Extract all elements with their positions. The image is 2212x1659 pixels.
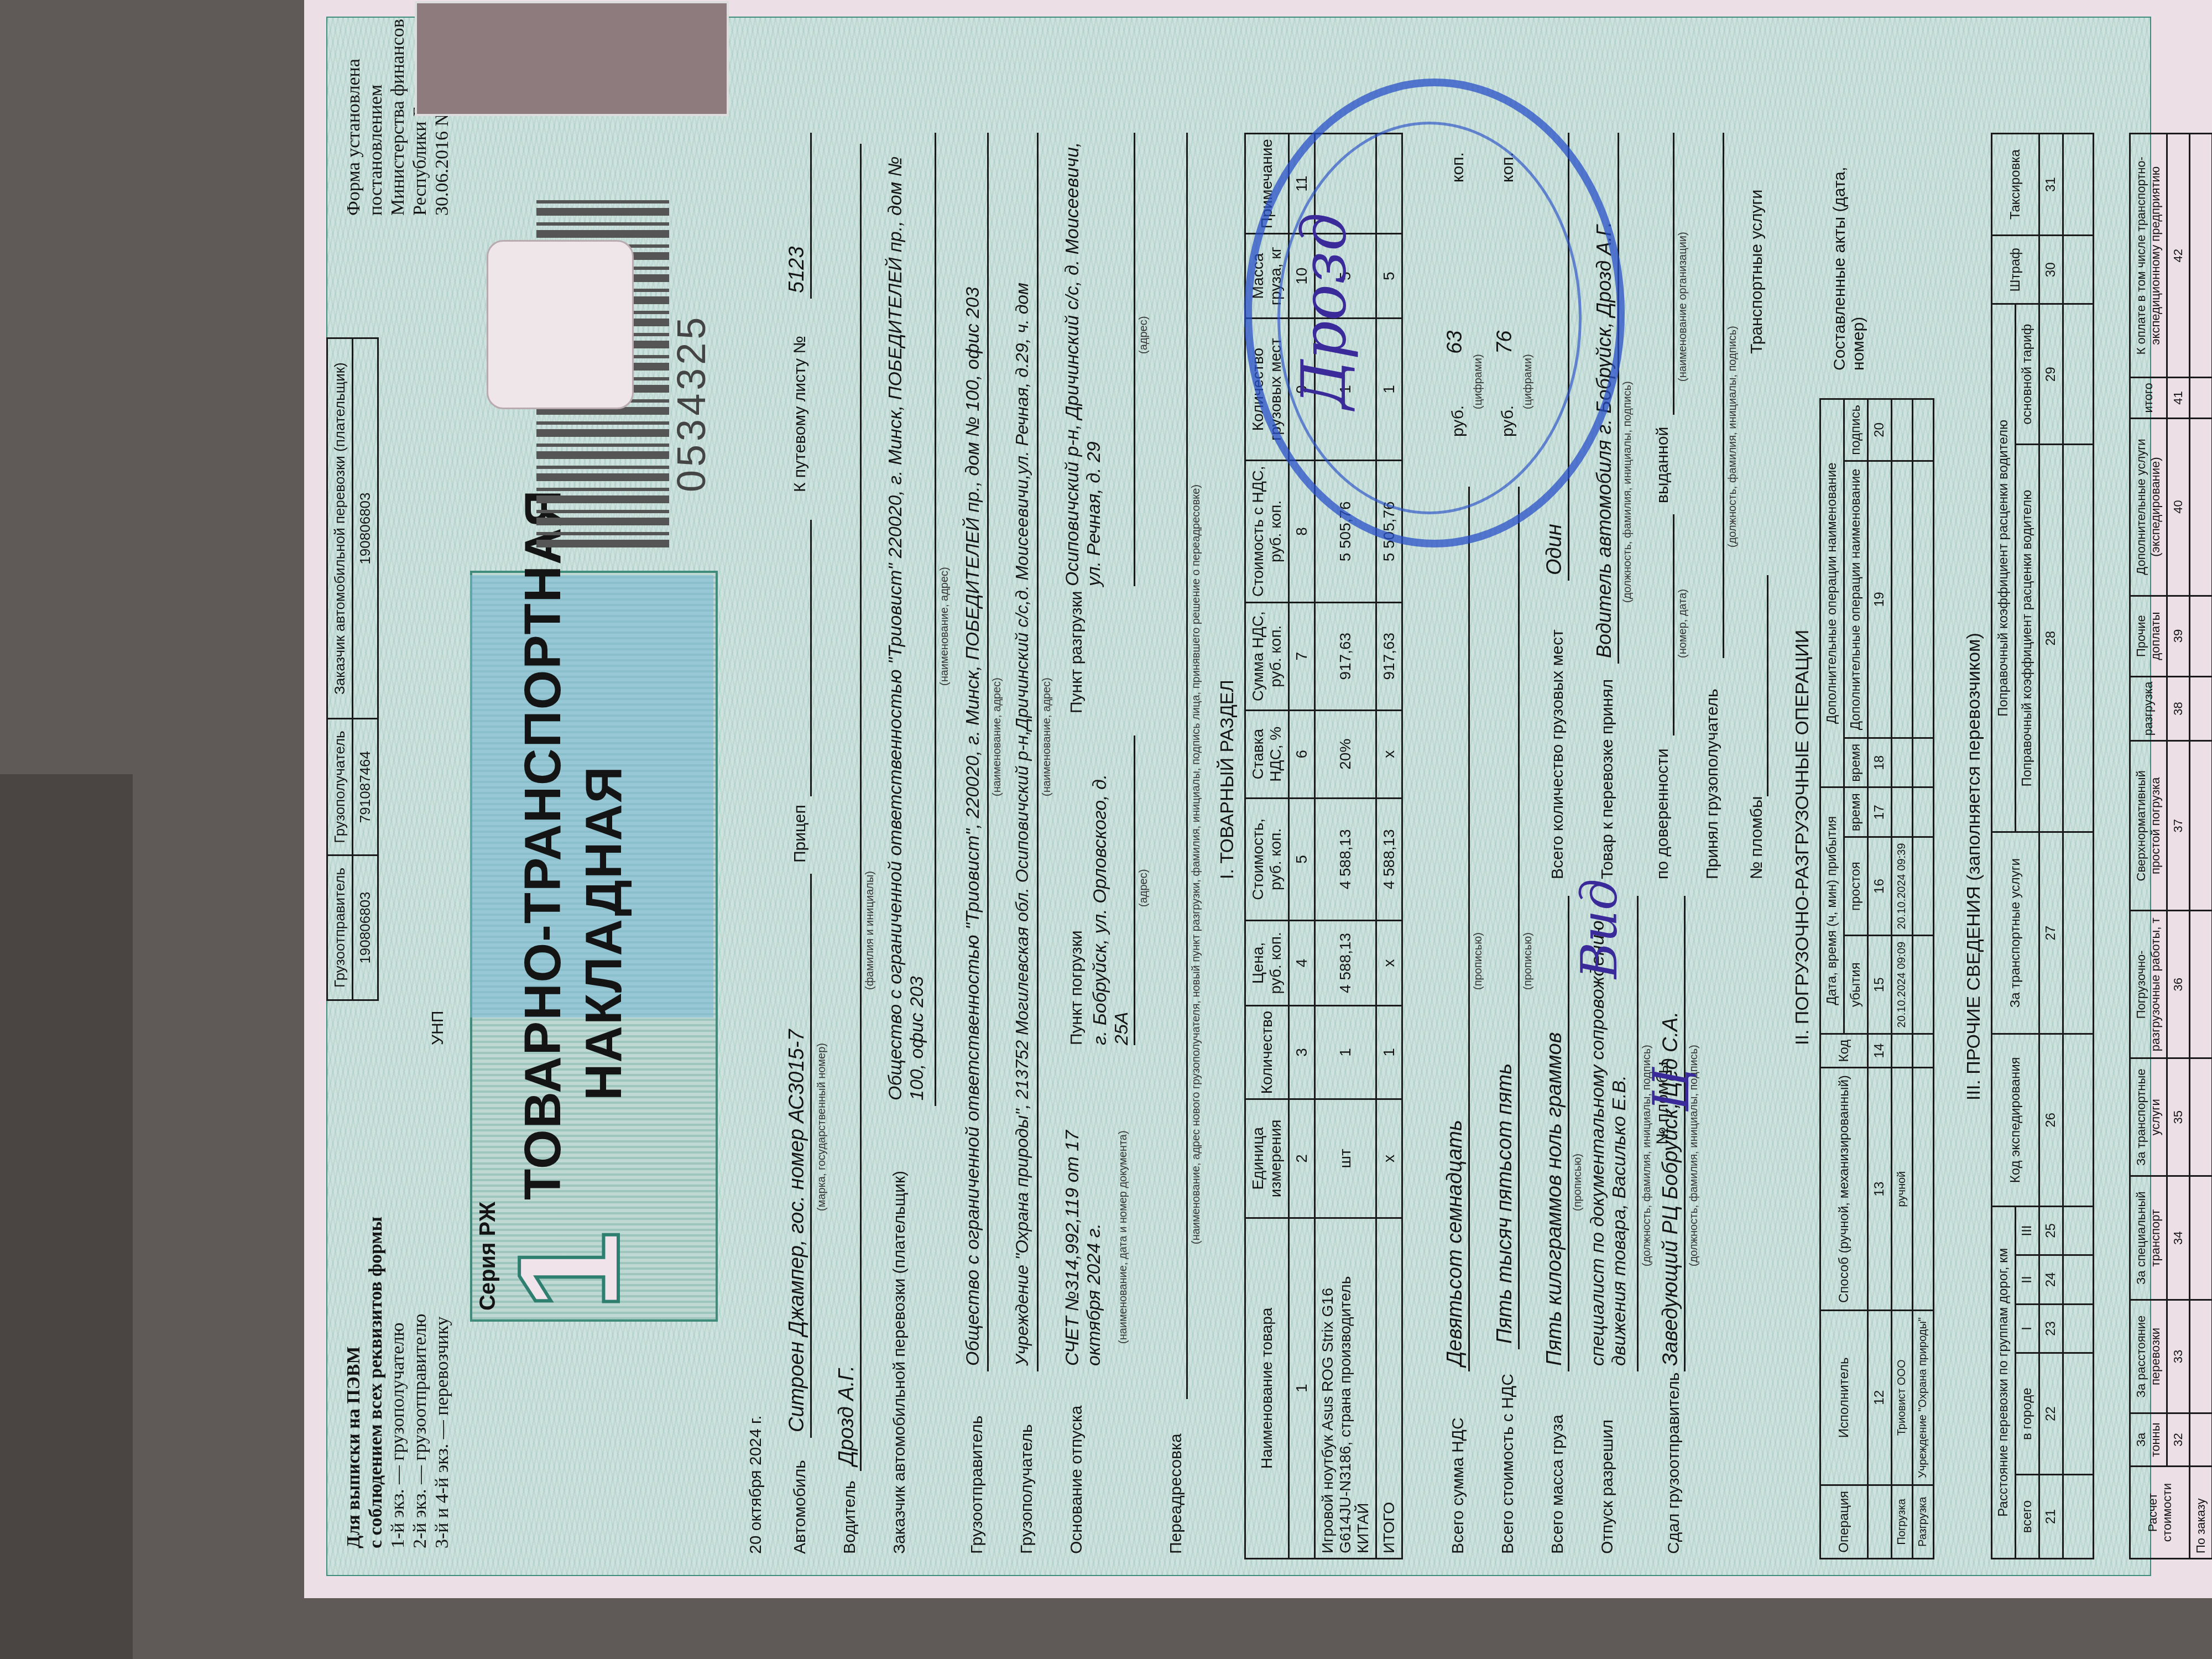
- customer-field[interactable]: Общество с ограниченной ответственностью…: [885, 133, 928, 1100]
- loading-column-number: 20: [1868, 399, 1892, 461]
- signature-release: Вид: [1571, 879, 1629, 979]
- unp-header: Грузоотправитель: [327, 855, 353, 1000]
- received-label: Принял грузополучатель: [1703, 688, 1722, 879]
- signature-handed: Ц: [1642, 1068, 1700, 1112]
- col-header: Код экспедирования: [1992, 1034, 2039, 1207]
- loading-cell-time: [1892, 738, 1913, 787]
- col-header: убытия: [1844, 936, 1868, 1034]
- loading-column-number: [1868, 1485, 1892, 1558]
- unp-value: 190806803: [353, 855, 378, 1000]
- goods-total-cell: х: [1376, 920, 1402, 1005]
- goods-cell: 20%: [1315, 710, 1376, 798]
- unp-label: УНП: [429, 1011, 447, 1045]
- column-number: 23: [2039, 1304, 2063, 1353]
- loading-point-field[interactable]: г. Бобруйск, ул. Орловского, д. 25А: [1089, 769, 1133, 1045]
- loading-cell-arrival: [1913, 936, 1934, 1034]
- document-title: ТОВАРНО-ТРАНСПОРТНАЯ: [514, 489, 572, 1200]
- goods-column-number: 4: [1289, 920, 1315, 1005]
- column-number: 26: [2039, 1034, 2063, 1207]
- loading-column-number: 16: [1868, 837, 1892, 936]
- shipper-field[interactable]: Общество с ограниченной ответственностью…: [962, 287, 984, 1366]
- loading-cell-code: [1913, 1034, 1934, 1068]
- release-label: Отпуск разрешил: [1598, 1420, 1617, 1554]
- loading-column-number: 18: [1868, 738, 1892, 787]
- consignee-label: Грузополучатель: [1018, 1424, 1036, 1554]
- calc-cell: [2190, 676, 2212, 741]
- col-header: Исполнитель: [1820, 1311, 1868, 1485]
- goods-section-title: I. ТОВАРНЫЙ РАЗДЕЛ: [1217, 680, 1238, 879]
- loading-cell-name: [1913, 461, 1934, 738]
- distance-empty-cell: [2063, 1475, 2094, 1559]
- goods-total-cell: 4 588,13: [1376, 798, 1402, 920]
- distance-empty-cell: [2063, 134, 2094, 236]
- cost-total-words[interactable]: Пять тысяч пятьсот пять: [1493, 1063, 1517, 1344]
- document-number: 0534325: [669, 314, 714, 492]
- pc-note-line: 1-й экз. — грузополучателю: [387, 1217, 409, 1548]
- seal-label-consignee: № пломбы: [1747, 796, 1766, 879]
- vehicle-field[interactable]: Ситроен Джампер, гос. номер АС3015-7: [785, 1029, 809, 1432]
- readdress-label: Переадресовка: [1167, 1433, 1186, 1554]
- loading-column-number: 14: [1868, 1034, 1892, 1068]
- distance-empty-cell: [2063, 236, 2094, 304]
- goods-cell: 4 588,13: [1315, 920, 1376, 1005]
- column-number: 29: [2039, 304, 2063, 445]
- basis-label: Основание отпуска: [1067, 1406, 1086, 1554]
- unp-header: Грузополучатель: [327, 719, 353, 855]
- calc-column-number: 34: [2167, 1176, 2190, 1300]
- goods-column-number: 7: [1289, 602, 1315, 710]
- goods-cell: шт: [1315, 1099, 1376, 1218]
- calc-column-header: За транспортные услуги: [2130, 1058, 2167, 1176]
- goods-total-cell: х: [1376, 710, 1402, 798]
- col-header: время: [1844, 738, 1868, 787]
- calc-column-number: 41: [2167, 378, 2190, 418]
- calc-column-number: 39: [2167, 596, 2190, 676]
- waybill-field[interactable]: 5123: [785, 246, 809, 293]
- consignee-caption: (наименование, адрес): [1041, 677, 1053, 796]
- distance-empty-cell: [2063, 445, 2094, 832]
- unp-value: 190806803: [353, 338, 378, 719]
- col-header: основной тариф: [2016, 304, 2039, 445]
- unloading-point-label: Пункт разгрузки: [1067, 591, 1086, 713]
- table-row: ПогрузкаТриовист ОООручной20.10.2024 09:…: [1892, 399, 1913, 1559]
- loading-cell-executor: Триовист ООО: [1892, 1311, 1913, 1485]
- goods-total-cell: 917,63: [1376, 602, 1402, 710]
- basis-field[interactable]: СЧЕТ №314,992,119 от 17 октября 2024 г.: [1062, 1056, 1105, 1366]
- shipper-caption: (наименование, адрес): [991, 677, 1004, 796]
- words-caption: (прописью): [1472, 932, 1485, 990]
- calc-cell: [2190, 418, 2212, 596]
- basis-caption: (наименование, дата и номер документа): [1117, 1130, 1130, 1344]
- col-header: Код: [1820, 1034, 1868, 1068]
- readdress-caption: (наименование, адрес нового грузополучат…: [1190, 484, 1203, 1244]
- driver-label: Водитель: [841, 1480, 859, 1554]
- loading-column-number: 17: [1868, 787, 1892, 837]
- loading-cell-sign: [1892, 399, 1913, 461]
- calc-column-number: 40: [2167, 418, 2190, 596]
- pc-note-line: Для выписки на ПЭВМ: [343, 1217, 365, 1548]
- vehicle-caption: (марка, государственный номер): [816, 1043, 828, 1211]
- col-header: Дополнительные операции наименование: [1844, 461, 1868, 738]
- col-header: Операция: [1820, 1485, 1868, 1558]
- shipper-label: Грузоотправитель: [968, 1416, 987, 1554]
- distance-empty-cell: [2063, 304, 2094, 445]
- distance-subheader: всего: [2016, 1475, 2039, 1559]
- cost-calc-table: Расчет стоимостиЗа тонныЗа расстояние пе…: [2129, 133, 2212, 1559]
- document-date: 20 октября 2024 г.: [747, 1415, 765, 1554]
- calc-column-header: За специальный транспорт: [2130, 1176, 2167, 1300]
- distance-subheader: в городе: [2016, 1353, 2039, 1475]
- goods-column-header: Стоимость, руб. коп.: [1245, 798, 1289, 920]
- form-number: 1: [487, 1230, 652, 1311]
- calc-column-number: 36: [2167, 911, 2190, 1058]
- driver-field[interactable]: Дрозд А.Г.: [835, 1365, 859, 1465]
- trailer-label: Прицеп: [791, 805, 810, 863]
- pc-note-line: 3-й и 4-й экз. — перевозчику: [431, 1217, 453, 1548]
- calc-column-header: Погрузочно-разгрузочные работы, т: [2130, 911, 2167, 1058]
- customer-label: Заказчик автомобильной перевозки (плател…: [890, 1171, 909, 1554]
- goods-column-header: Единица измерения: [1245, 1099, 1289, 1218]
- unloading-point-field[interactable]: Осиповичский р-н, Дричинский с/с, д. Мои…: [1062, 133, 1105, 586]
- calc-cell: [2190, 911, 2212, 1058]
- goods-column-header: Цена, руб. коп.: [1245, 920, 1289, 1005]
- calc-column-header: Прочие доплаты: [2130, 596, 2167, 676]
- loading-cell-time: [1913, 738, 1934, 787]
- goods-total-cell: 1: [1376, 1005, 1402, 1099]
- loading-cell-idle: [1913, 787, 1934, 837]
- calc-column-header: За расстояние перевозки: [2130, 1300, 2167, 1413]
- loading-section-title: II. ПОГРУЗОЧНО-РАЗГРУЗОЧНЫЕ ОПЕРАЦИИ: [1792, 630, 1813, 1045]
- goods-total-cell: ИТОГО: [1376, 1218, 1402, 1558]
- distance-subheader: I: [2016, 1304, 2039, 1353]
- goods-column-header: Сумма НДС, руб. коп.: [1245, 602, 1289, 710]
- col-header: Поправочный коэффициент расценки водител…: [1992, 304, 2016, 832]
- loading-cell-operation: Погрузка: [1892, 1485, 1913, 1558]
- table-row: РазгрузкаУчреждение "Охрана природы": [1913, 399, 1934, 1559]
- unp-table: Грузоотправитель Грузополучатель Заказчи…: [326, 337, 379, 1001]
- vehicle-label: Автомобиль: [791, 1460, 810, 1554]
- calc-cell: [2190, 1176, 2212, 1300]
- words-caption: (прописью): [1522, 932, 1535, 990]
- security-seal: [415, 1, 729, 116]
- calc-column-number: 32: [2167, 1413, 2190, 1466]
- transport-services-label: Транспортные услуги: [1747, 190, 1766, 354]
- series-label: Серия РЖ: [476, 1202, 500, 1311]
- calc-cell: [2190, 1058, 2212, 1176]
- signature-driver: Дрозд: [1288, 212, 1359, 409]
- hologram: [487, 240, 634, 409]
- loading-cell-name: [1892, 461, 1913, 738]
- calc-cell: [2190, 134, 2212, 378]
- col-header: Поправочный коэффициент расценки водител…: [2016, 445, 2039, 832]
- goods-column-number: 6: [1289, 710, 1315, 798]
- calc-cell: [2190, 378, 2212, 418]
- column-number: 28: [2039, 445, 2063, 832]
- cost-total-label: Всего стоимость с НДС: [1499, 1374, 1517, 1554]
- column-number: 22: [2039, 1353, 2063, 1475]
- col-header: За транспортные услуги: [1992, 832, 2039, 1034]
- goods-column-number: 2: [1289, 1099, 1315, 1218]
- loading-cell-departure: 20.10.2024 09:39: [1892, 837, 1913, 936]
- places-total-label: Всего количество грузовых мест: [1548, 629, 1567, 879]
- calc-column-number: 33: [2167, 1300, 2190, 1413]
- col-header: Способ (ручной, механизированный): [1820, 1068, 1868, 1311]
- number-date-caption: (номер, дата): [1677, 589, 1689, 658]
- distance-empty-cell: [2063, 832, 2094, 1034]
- customer-caption: (наименование, адрес): [938, 567, 951, 686]
- goods-column-header: Стоимость с НДС, руб. коп.: [1245, 460, 1289, 602]
- goods-total-cell: х: [1376, 1099, 1402, 1218]
- calc-cell: [2190, 1300, 2212, 1413]
- vat-total-label: Всего сумма НДС: [1449, 1417, 1468, 1554]
- column-number: 21: [2039, 1475, 2063, 1559]
- background-fabric: [0, 774, 133, 1659]
- position-caption: (должность, фамилия, инициалы, подпись): [1726, 326, 1739, 547]
- column-number: 27: [2039, 832, 2063, 1034]
- document-page: Для выписки на ПЭВМ с соблюдением всех р…: [304, 0, 2212, 1598]
- mass-total-words[interactable]: Пять килограммов ноль граммов: [1543, 1032, 1567, 1366]
- handed-label: Сдал грузоотправитель: [1665, 1373, 1683, 1554]
- vat-total-words[interactable]: Девятьсот семнадцать: [1443, 1120, 1467, 1366]
- document-title-line2: НАКЛАДНАЯ: [575, 765, 633, 1100]
- goods-column-number: 1: [1289, 1218, 1315, 1558]
- places-total-words[interactable]: Один: [1543, 524, 1567, 575]
- loading-cell-method: [1913, 1068, 1934, 1311]
- column-number: 25: [2039, 1206, 2063, 1255]
- consignee-field[interactable]: Учреждение "Охрана природы", 213752 Моги…: [1012, 283, 1032, 1366]
- calc-column-number: 37: [2167, 741, 2190, 911]
- goods-cell: Игровой ноутбук Asus ROG Strix G16 G614J…: [1315, 1218, 1376, 1558]
- accepted-label: Товар к перевозке принял: [1598, 679, 1617, 879]
- calc-label: Расчет стоимости: [2130, 1467, 2190, 1559]
- loading-cell-method: ручной: [1892, 1068, 1913, 1311]
- col-header: Дата, время (ч, мин) прибытия: [1820, 787, 1844, 1034]
- words-caption: (прописью): [1572, 1154, 1584, 1211]
- calc-column-header: Сверхнормативный простой погрузка: [2130, 741, 2167, 911]
- distance-empty-cell: [2063, 1353, 2094, 1475]
- calc-column-header: К оплате в том числе транспортно-экспеди…: [2130, 134, 2167, 378]
- goods-column-header: Наименование товара: [1245, 1218, 1289, 1558]
- calc-cell: [2190, 1413, 2212, 1466]
- distance-empty-cell: [2063, 1304, 2094, 1353]
- distance-empty-cell: [2063, 1206, 2094, 1255]
- poa-label: по доверенности: [1653, 749, 1672, 879]
- column-number: 30: [2039, 236, 2063, 304]
- column-number: 31: [2039, 134, 2063, 236]
- loading-cell-code: [1892, 1034, 1913, 1068]
- goods-column-header: Ставка НДС, %: [1245, 710, 1289, 798]
- calc-column-number: 38: [2167, 676, 2190, 741]
- driver-caption: (фамилия и инициалы): [864, 871, 877, 990]
- unp-value: 791087464: [353, 719, 378, 855]
- waybill-label: К путевому листу №: [791, 336, 810, 492]
- goods-cell: 1: [1315, 1005, 1376, 1099]
- unloading-address-caption: (адрес): [1138, 316, 1150, 354]
- loading-point-label: Пункт погрузки: [1067, 930, 1086, 1045]
- loading-cell-idle: [1892, 787, 1913, 837]
- loading-cell-operation: Разгрузка: [1913, 1485, 1934, 1558]
- position-caption: (должность, фамилия, инициалы, подпись): [1621, 381, 1634, 603]
- distance-table: Расстояние перевозки по группам дорог, к…: [1991, 133, 2094, 1559]
- loading-column-number: 12: [1868, 1311, 1892, 1485]
- loading-column-number: 19: [1868, 461, 1892, 738]
- calc-column-header: итого: [2130, 378, 2167, 418]
- calc-row-label: По заказу: [2190, 1467, 2212, 1559]
- approval-line: Форма установлена: [343, 19, 365, 216]
- goods-column-number: 5: [1289, 798, 1315, 920]
- pc-note: Для выписки на ПЭВМ с соблюдением всех р…: [343, 1217, 453, 1548]
- loading-column-number: 15: [1868, 936, 1892, 1034]
- col-header: простоя: [1844, 837, 1868, 936]
- goods-cell: 917,63: [1315, 602, 1376, 710]
- goods-column-number: 3: [1289, 1005, 1315, 1099]
- distance-empty-cell: [2063, 1255, 2094, 1305]
- distance-subheader: III: [2016, 1206, 2039, 1255]
- loading-cell-executor: Учреждение "Охрана природы": [1913, 1311, 1934, 1485]
- calc-column-header: За тонны: [2130, 1413, 2167, 1466]
- column-number: 24: [2039, 1255, 2063, 1305]
- calc-column-header: разгрузка: [2130, 676, 2167, 741]
- other-section-title: III. ПРОЧИЕ СВЕДЕНИЯ (заполняется перево…: [1963, 633, 1985, 1100]
- loading-column-numbers: 121314151617181920: [1868, 399, 1892, 1559]
- distance-header: Расстояние перевозки по группам дорог, к…: [1992, 1206, 2016, 1558]
- distance-subheader: II: [2016, 1255, 2039, 1305]
- calc-column-number: 42: [2167, 134, 2190, 378]
- mass-total-label: Всего масса груза: [1548, 1415, 1567, 1554]
- col-header: Дополнительные операции наименование: [1820, 399, 1844, 787]
- pc-note-line: с соблюдением всех реквизитов формы: [365, 1217, 387, 1548]
- approval-line: постановлением: [365, 19, 387, 216]
- unp-header: Заказчик автомобильной перевозки (плател…: [327, 338, 353, 719]
- calc-column-number: 35: [2167, 1058, 2190, 1176]
- col-header: подпись: [1844, 399, 1868, 461]
- loading-cell-departure: [1913, 837, 1934, 936]
- loading-cell-sign: [1913, 399, 1934, 461]
- goods-column-header: Количество: [1245, 1005, 1289, 1099]
- loading-cell-arrival: 20.10.2024 09:09: [1892, 936, 1913, 1034]
- loading-address-caption: (адрес): [1138, 869, 1150, 907]
- pc-note-line: 2-й экз. — грузоотправителю: [409, 1217, 431, 1548]
- col-header: Таксировка: [1992, 134, 2039, 236]
- calc-column-header: Дополнительные услуги (экспедирование): [2130, 418, 2167, 596]
- consignment-note: Для выписки на ПЭВМ с соблюдением всех р…: [304, 0, 1908, 1598]
- loading-table: Операция Исполнитель Способ (ручной, мех…: [1819, 398, 1934, 1559]
- acts-label: Составленные акты (дата, номер): [1830, 138, 1868, 371]
- col-header: Штраф: [1992, 236, 2039, 304]
- col-header: время: [1844, 787, 1868, 837]
- issued-label: выданной: [1653, 427, 1672, 503]
- loading-column-number: 13: [1868, 1068, 1892, 1311]
- table-row: По заказу: [2190, 134, 2212, 1559]
- calc-cell: [2190, 596, 2212, 676]
- goods-cell: 4 588,13: [1315, 798, 1376, 920]
- calc-cell: [2190, 741, 2212, 911]
- distance-empty-cell: [2063, 1034, 2094, 1207]
- org-caption: (наименование организации): [1677, 232, 1689, 382]
- approval-line: Министерства финансов: [387, 19, 409, 216]
